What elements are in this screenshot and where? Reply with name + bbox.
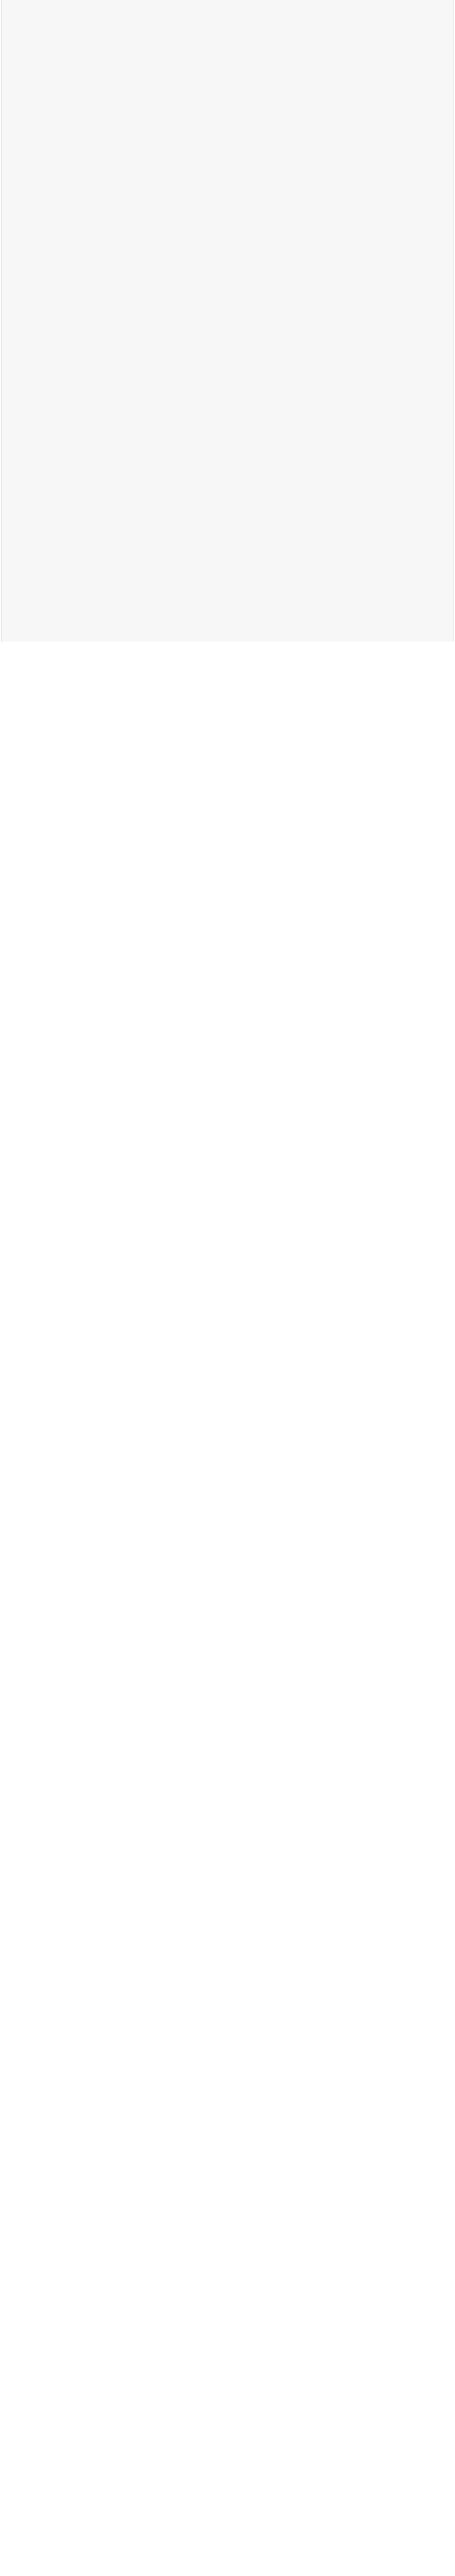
page-1: [1, 0, 454, 642]
